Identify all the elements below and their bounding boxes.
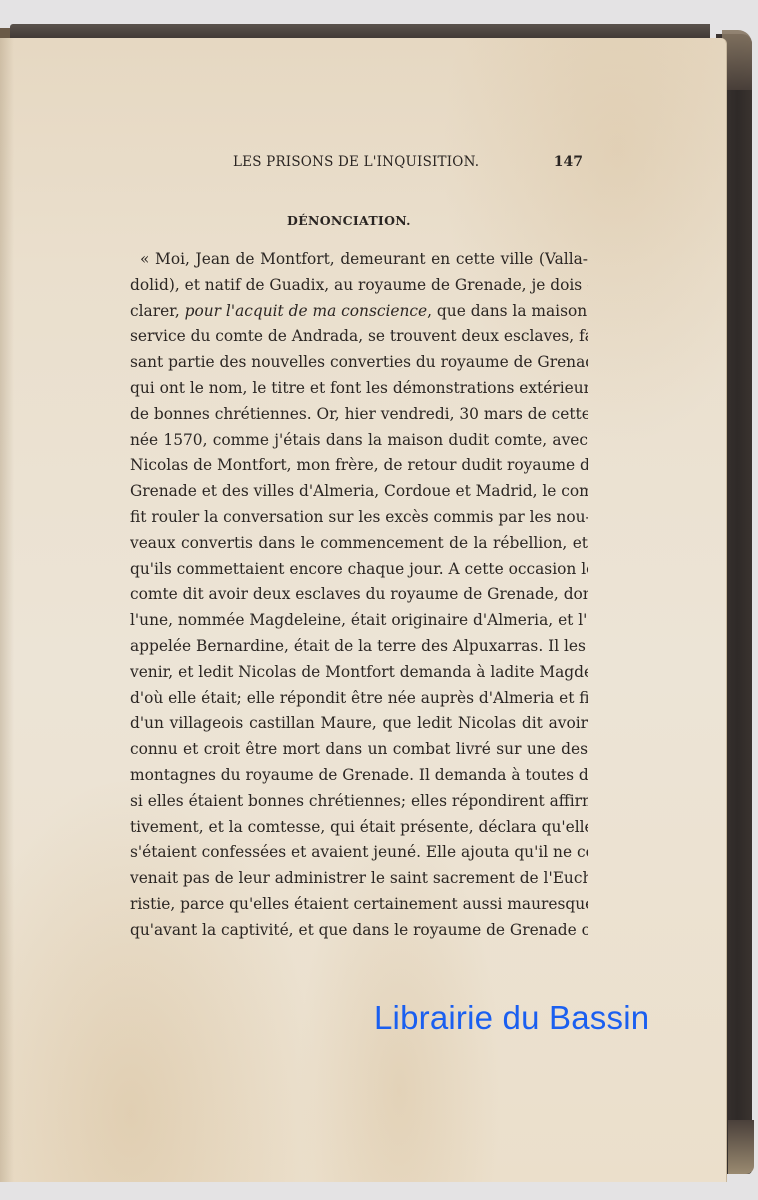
text-line-end: , que dans la maison et au <box>427 302 588 320</box>
text-line: fit rouler la conversation sur les excès… <box>130 505 588 531</box>
text-line: s'étaient confessées et avaient jeuné. E… <box>130 840 588 866</box>
text-line: l'une, nommée Magdeleine, était originai… <box>130 608 588 634</box>
text-line: venait pas de leur administrer le saint … <box>130 866 588 892</box>
text-line: de bonnes chrétiennes. Or, hier vendredi… <box>130 402 588 428</box>
text-line: service du comte de Andrada, se trouvent… <box>130 324 588 350</box>
text-line: d'où elle était; elle répondit être née … <box>130 686 588 712</box>
book-cover-wear-bottom <box>728 1120 754 1174</box>
body-text: « Moi, Jean de Montfort, demeurant en ce… <box>130 247 588 944</box>
text-line: qui ont le nom, le titre et font les dém… <box>130 376 588 402</box>
text-line: qu'avant la captivité, et que dans le ro… <box>130 918 588 944</box>
page-gutter-shadow <box>0 38 14 1182</box>
page-number: 147 <box>554 154 583 170</box>
text-line: Nicolas de Montfort, mon frère, de retou… <box>130 453 588 479</box>
watermark-text: Librairie du Bassin <box>374 999 649 1037</box>
text-line: tivement, et la comtesse, qui était prés… <box>130 815 588 841</box>
text-line: ristie, parce qu'elles étaient certainem… <box>130 892 588 918</box>
text-line: sant partie des nouvelles converties du … <box>130 350 588 376</box>
text-line: montagnes du royaume de Grenade. Il dema… <box>130 763 588 789</box>
text-line-start: clarer, <box>130 302 185 320</box>
text-line: appelée Bernardine, était de la terre de… <box>130 634 588 660</box>
text-line: dolid), et natif de Guadix, au royaume d… <box>130 273 588 299</box>
text-line: veaux convertis dans le commencement de … <box>130 531 588 557</box>
text-line: venir, et ledit Nicolas de Montfort dema… <box>130 660 588 686</box>
text-line: connu et croit être mort dans un combat … <box>130 737 588 763</box>
text-line: née 1570, comme j'étais dans la maison d… <box>130 428 588 454</box>
text-line: d'un villageois castillan Maure, que led… <box>130 711 588 737</box>
text-line: Grenade et des villes d'Almeria, Cordoue… <box>130 479 588 505</box>
section-title: DÉNONCIATION. <box>287 213 411 228</box>
text-line: si elles étaient bonnes chrétiennes; ell… <box>130 789 588 815</box>
italic-phrase: pour l'acquit de ma conscience <box>185 302 428 320</box>
text-line: qu'ils commettaient encore chaque jour. … <box>130 557 588 583</box>
text-line: « Moi, Jean de Montfort, demeurant en ce… <box>130 247 588 273</box>
text-line: clarer, pour l'acquit de ma conscience, … <box>130 299 588 325</box>
text-line: comte dit avoir deux esclaves du royaume… <box>130 582 588 608</box>
running-head-title: LES PRISONS DE L'INQUISITION. <box>233 154 479 170</box>
running-head: LES PRISONS DE L'INQUISITION. 147 <box>233 154 583 174</box>
